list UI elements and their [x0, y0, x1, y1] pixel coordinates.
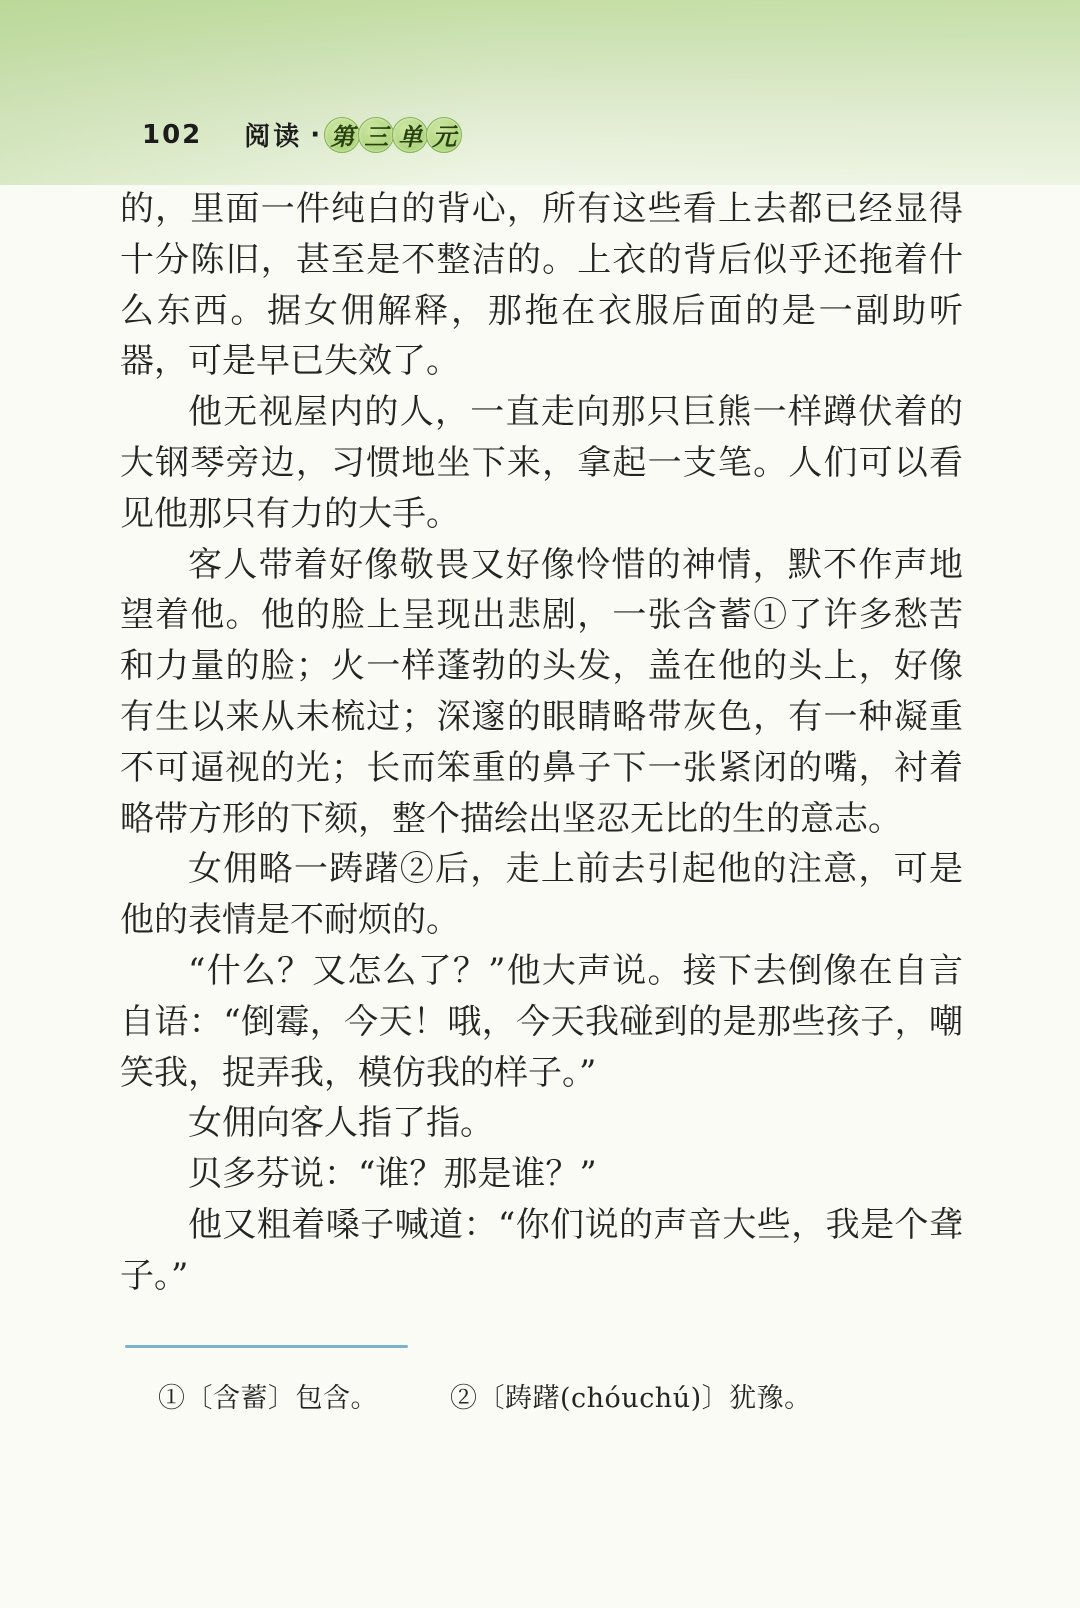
paragraph: 女佣略一踌躇②后，走上前去引起他的注意，可是他的表情是不耐烦的。	[120, 844, 963, 946]
page-number: 102	[142, 120, 202, 150]
footnotes: ①〔含蓄〕包含。 ②〔踌躇(chóuchú)〕犹豫。	[158, 1376, 812, 1415]
footnote-item: ①〔含蓄〕包含。	[158, 1376, 378, 1415]
unit-badge: 第 三 单 元	[326, 117, 462, 153]
paragraph: 客人带着好像敬畏又好像怜惜的神情，默不作声地望着他。他的脸上呈现出悲剧，一张含蓄…	[120, 540, 963, 845]
textbook-page: 102 阅读 · 第 三 单 元 的，里面一件纯白的背心，所有这些看上去都已经显…	[0, 0, 1080, 1608]
body-text: 的，里面一件纯白的背心，所有这些看上去都已经显得十分陈旧，甚至是不整洁的。上衣的…	[120, 184, 963, 1302]
footnote-item: ②〔踌躇(chóuchú)〕犹豫。	[450, 1376, 812, 1415]
paragraph: 的，里面一件纯白的背心，所有这些看上去都已经显得十分陈旧，甚至是不整洁的。上衣的…	[120, 184, 963, 387]
page-header: 102 阅读 · 第 三 单 元	[142, 116, 462, 153]
paragraph: 他又粗着嗓子喊道：“你们说的声音大些，我是个聋子。”	[120, 1200, 963, 1302]
paragraph: 贝多芬说：“谁？那是谁？”	[120, 1149, 963, 1200]
paragraph: “什么？又怎么了？”他大声说。接下去倒像在自言自语：“倒霉，今天！哦，今天我碰到…	[120, 946, 963, 1098]
page-top-gradient	[0, 0, 1080, 185]
unit-badge-char: 单	[392, 117, 428, 153]
header-dot-separator: ·	[310, 120, 320, 150]
paragraph: 女佣向客人指了指。	[120, 1098, 963, 1149]
paragraph: 他无视屋内的人，一直走向那只巨熊一样蹲伏着的大钢琴旁边，习惯地坐下来，拿起一支笔…	[120, 387, 963, 539]
section-label: 阅读	[244, 116, 302, 153]
unit-badge-char: 元	[426, 117, 462, 153]
unit-badge-char: 第	[324, 117, 360, 153]
unit-badge-char: 三	[358, 117, 394, 153]
footnote-divider	[125, 1345, 408, 1348]
